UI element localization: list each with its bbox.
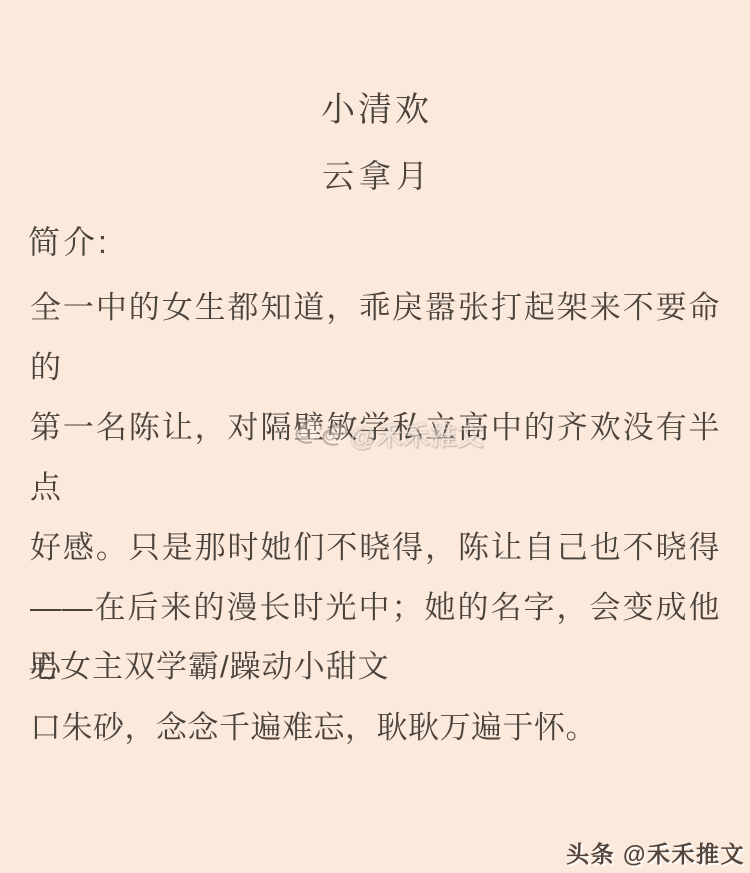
book-title: 小清欢: [0, 88, 750, 132]
intro-line: 口朱砂，念念千遍难忘，耿耿万遍于怀。: [30, 698, 720, 758]
bottom-right-watermark: 头条 @禾禾推文: [566, 836, 745, 869]
intro-label: 简介:: [28, 220, 110, 264]
book-intro-card: { "page": { "background_color": "#fbe9dc…: [0, 0, 750, 873]
intro-line: 第一名陈让，对隔壁敏学私立高中的齐欢没有半点: [30, 398, 720, 518]
book-tags: 男女主双学霸/躁动小甜文: [28, 645, 390, 689]
book-author: 云拿月: [0, 154, 750, 198]
intro-line: 全一中的女生都知道，乖戾嚣张打起架来不要命的: [30, 278, 720, 398]
intro-line: 好感。只是那时她们不晓得，陈让自己也不晓得: [30, 518, 720, 578]
